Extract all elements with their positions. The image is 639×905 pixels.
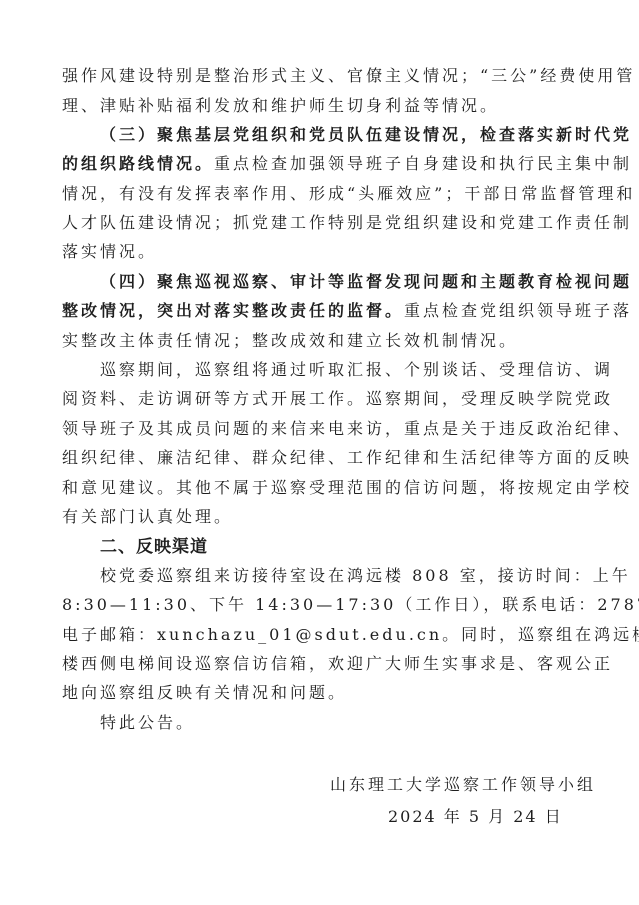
body-line: 组织纪律、廉洁纪律、群众纪律、工作纪律和生活纪律等方面的反映 [62, 446, 582, 470]
line-text: 重点检查党组织领导班子落 [404, 301, 632, 320]
signature-organization: 山东理工大学巡察工作领导小组 [330, 773, 596, 797]
line-text: 和意见建议。其他不属于巡察受理范围的信访问题，将按规定由学校 [62, 478, 632, 497]
body-line: 落实情况。 [62, 240, 582, 264]
body-line: 巡察期间，巡察组将通过听取汇报、个别谈话、受理信访、调 [100, 358, 582, 382]
line-text: 落实情况。 [62, 242, 157, 261]
line-text: 组织纪律、廉洁纪律、群众纪律、工作纪律和生活纪律等方面的反映 [62, 448, 632, 467]
section-heading: 二、反映渠道 [100, 535, 582, 559]
heading-text: 二、反映渠道 [100, 537, 208, 557]
line-text: 人才队伍建设情况；抓党建工作特别是党组织建设和党建工作责任制 [62, 213, 632, 232]
line-text: 重点检查加强领导班子自身建设和执行民主集中制 [214, 154, 632, 173]
body-line: 有关部门认真处理。 [62, 505, 582, 529]
line-text: 楼西侧电梯间设巡察信访信箱，欢迎广大师生实事求是、客观公正 [62, 654, 613, 673]
line-text: 阅资料、走访调研等方式开展工作。巡察期间，受理反映学院党政 [62, 389, 613, 408]
line-text: 有关部门认真处理。 [62, 507, 233, 526]
body-line: 8:30—11:30、下午 14:30—17:30（工作日），联系电话：2787… [62, 593, 582, 617]
body-line: 和意见建议。其他不属于巡察受理范围的信访问题，将按规定由学校 [62, 476, 582, 500]
line-text: 特此公告。 [100, 713, 195, 732]
body-line: 的组织路线情况。重点检查加强领导班子自身建设和执行民主集中制 [62, 152, 582, 176]
signature-date: 2024 年 5 月 24 日 [388, 805, 563, 829]
bold-text: （四）聚焦巡视巡察、审计等监督发现问题和主题教育检视问题 [100, 272, 632, 291]
body-line: 地向巡察组反映有关情况和问题。 [62, 681, 582, 705]
bold-text: （三）聚焦基层党组织和党员队伍建设情况，检查落实新时代党 [100, 125, 632, 144]
bold-text: 的组织路线情况。 [62, 154, 214, 173]
body-line: 楼西侧电梯间设巡察信访信箱，欢迎广大师生实事求是、客观公正 [62, 652, 582, 676]
closing-line: 特此公告。 [100, 711, 582, 735]
body-line: 领导班子及其成员问题的来信来电来访，重点是关于违反政治纪律、 [62, 417, 582, 441]
line-text: 地向巡察组反映有关情况和问题。 [62, 683, 347, 702]
line-text: 校党委巡察组来访接待室设在鸿远楼 808 室，接访时间：上午 [100, 566, 631, 585]
body-line: 情况，有没有发挥表率作用、形成“头雁效应”；干部日常监督管理和 [62, 182, 582, 206]
body-line: 强作风建设特别是整治形式主义、官僚主义情况；“三公”经费使用管 [62, 64, 582, 88]
line-text: 理、津贴补贴福利发放和维护师生切身利益等情况。 [62, 96, 499, 115]
line-text: 电子邮箱：xunchazu_01@sdut.edu.cn。同时，巡察组在鸿远楼一 [62, 625, 639, 644]
line-text: 领导班子及其成员问题的来信来电来访，重点是关于违反政治纪律、 [62, 419, 632, 438]
line-text: 强作风建设特别是整治形式主义、官僚主义情况；“三公”经费使用管 [62, 66, 635, 85]
body-line: 理、津贴补贴福利发放和维护师生切身利益等情况。 [62, 94, 582, 118]
body-line: 人才队伍建设情况；抓党建工作特别是党组织建设和党建工作责任制 [62, 211, 582, 235]
body-line: 整改情况，突出对落实整改责任的监督。重点检查党组织领导班子落 [62, 299, 582, 323]
line-text: 实整改主体责任情况；整改成效和建立长效机制情况。 [62, 331, 518, 350]
email-line: 电子邮箱：xunchazu_01@sdut.edu.cn。同时，巡察组在鸿远楼一 [62, 623, 582, 647]
body-line: 阅资料、走访调研等方式开展工作。巡察期间，受理反映学院党政 [62, 387, 582, 411]
body-line: 实整改主体责任情况；整改成效和建立长效机制情况。 [62, 329, 582, 353]
section-3-heading-line: （三）聚焦基层党组织和党员队伍建设情况，检查落实新时代党 [100, 123, 582, 147]
section-4-heading-line: （四）聚焦巡视巡察、审计等监督发现问题和主题教育检视问题 [100, 270, 582, 294]
document-page: 强作风建设特别是整治形式主义、官僚主义情况；“三公”经费使用管 理、津贴补贴福利… [0, 0, 639, 905]
line-text: 情况，有没有发挥表率作用、形成“头雁效应”；干部日常监督管理和 [62, 184, 635, 203]
body-line: 校党委巡察组来访接待室设在鸿远楼 808 室，接访时间：上午 [100, 564, 582, 588]
line-text: 巡察期间，巡察组将通过听取汇报、个别谈话、受理信访、调 [100, 360, 613, 379]
line-text: 8:30—11:30、下午 14:30—17:30（工作日），联系电话：2787… [62, 595, 639, 614]
bold-text: 整改情况，突出对落实整改责任的监督。 [62, 301, 404, 320]
